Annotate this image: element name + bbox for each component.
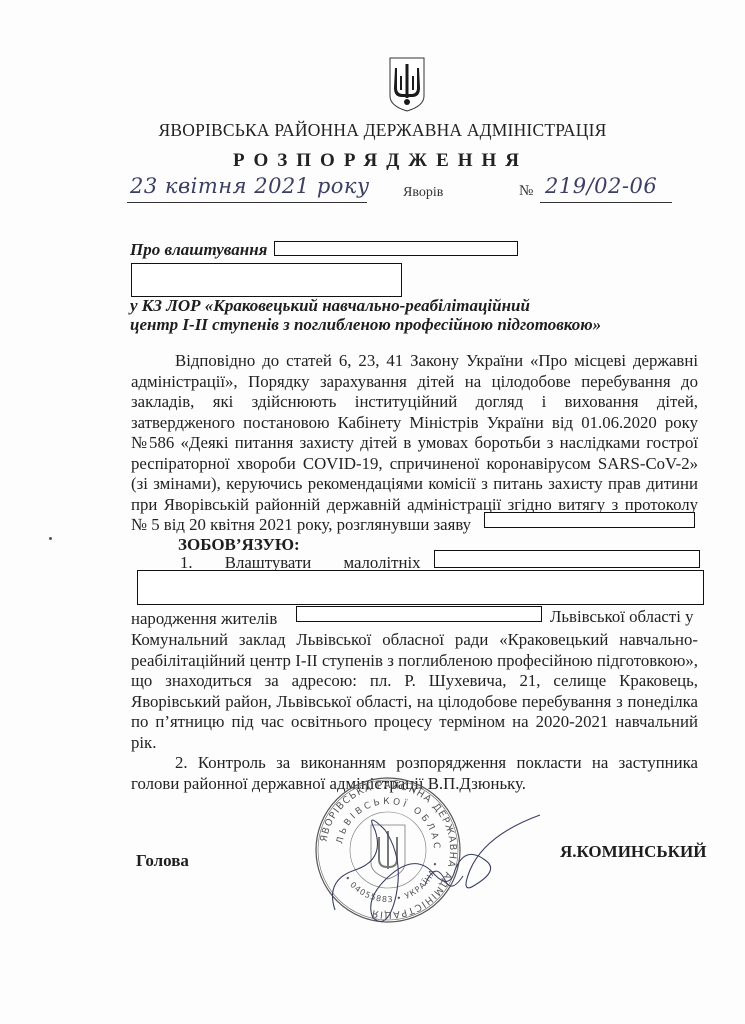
directive-heading: ЗОБОВ’ЯЗУЮ: xyxy=(178,535,300,555)
item-1-born-label: народження жителів xyxy=(131,609,277,630)
redaction-box xyxy=(131,263,402,297)
subject-line-2: у КЗ ЛОР «Краковецький навчально-реабілі… xyxy=(130,296,530,315)
organization-name: ЯВОРІВСЬКА РАЙОННА ДЕРЖАВНА АДМІНІСТРАЦІ… xyxy=(0,120,745,141)
redaction-box xyxy=(296,606,542,622)
document-type: РОЗПОРЯДЖЕННЯ xyxy=(0,150,745,172)
redaction-box xyxy=(434,550,700,568)
city-label: Яворів xyxy=(403,185,443,201)
subject-line-3: центр І-ІІ ступенів з поглибленою профес… xyxy=(130,315,601,334)
trident-coat-of-arms-icon xyxy=(388,56,426,112)
handwritten-number: 219/02-06 xyxy=(545,174,657,198)
subject-line-1: Про влаштування xyxy=(130,240,267,259)
item-1-region: Львівської області у xyxy=(550,607,693,628)
scan-speck xyxy=(49,537,52,540)
signatory-role: Голова xyxy=(136,851,189,871)
preamble-paragraph: Відповідно до статей 6, 23, 41 Закону Ук… xyxy=(131,351,698,536)
handwritten-date: 23 квітня 2021 року xyxy=(130,174,370,198)
redaction-box xyxy=(274,241,518,256)
item-1-text: Комунальний заклад Львівської обласної р… xyxy=(131,630,698,753)
signatory-name: Я.КОМИНСЬКИЙ xyxy=(560,842,706,862)
redaction-box xyxy=(484,512,695,528)
number-sign: № xyxy=(519,183,533,200)
handwritten-signature xyxy=(325,790,545,940)
redaction-box xyxy=(137,570,704,605)
